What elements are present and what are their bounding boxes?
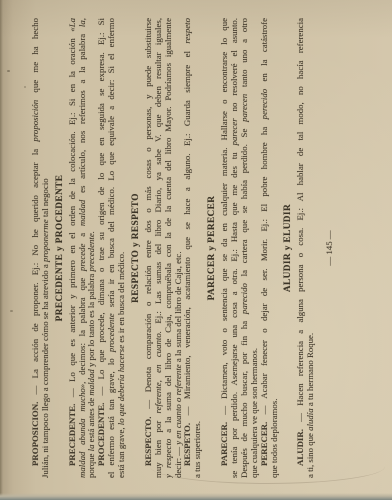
text-run: a ti, sino que [306,431,315,478]
text-run: — Dictamen, voto o sentencia que se da e… [220,18,229,422]
entry-word: PROCEDENTE. [97,403,106,466]
page-number: — 145 — [324,18,334,478]
book-page-scan: PROPOSICION. — La acción de proponer. Ej… [0,0,392,500]
italic-term: precede [78,244,87,272]
entry-heading: RESPECTO y RESPETO [131,18,142,478]
text-run: Después de mucho buscar, por fin ha [240,314,249,478]
italic-term: procedente [107,313,116,352]
text-run: — Acabar fenecer o dejar de ser. Morir. … [260,119,269,421]
entry-word: PARECER. [220,422,229,466]
text-line: PROCEDENTE. — Lo que procede, dimana o t… [97,18,107,478]
text-line: RESPETO. — Miramiento, veneración, acata… [183,18,193,478]
text-run: decir: — [174,445,183,478]
text-line: se tenía por perdido. Asemejarse una cos… [230,18,240,478]
entry-word: PERECER. [260,422,269,466]
text-line: Después de mucho buscar, por fin ha pare… [240,18,250,478]
text-line: que cualquiera ve que son hermanos. [250,18,260,478]
italic-term: la, [78,18,87,27]
text-run: a la suma del libro de Caja, etc. [174,251,183,364]
text-run: en la catástrofe [260,18,269,89]
text-run: está tan grave, [117,425,126,478]
entry-word: RESPETO. [183,423,192,466]
text-line: PRECEDENTE. — Lo que es anterior y prime… [68,18,78,478]
entry-heading: PRECEDENTE y PROCEDENTE [55,18,66,478]
italic-term: referente, en cuanto. [154,331,163,413]
text-line: que todos deploramos. [270,18,280,478]
text-run: que todos deploramos. [270,399,279,478]
italic-term: y en cuanto o referente [174,364,183,444]
text-line: decir: — y en cuanto o referente a la su… [174,18,184,478]
page-bottom-edge [0,493,392,500]
italic-term: lo que debería hacerse [117,345,126,425]
text-run: a tus superiores. [193,421,202,478]
text-run: — Lo que procede, dimana o trae su orige… [97,18,106,403]
text-column: PROPOSICION. — La acción de proponer. Ej… [31,18,316,478]
text-run: Ej.: Las sumas del libro Diario, ya sabe… [154,18,163,331]
text-run: — Miramiento, veneración, acatamiento qu… [183,44,192,423]
text-line: RESPECTO. — Denota comparación o relació… [144,18,154,478]
text-run: tanto uno a otro [240,18,249,94]
entry-word: RESPECTO. [144,417,153,466]
entry-word: PRECEDENTE. [68,404,77,466]
text-run: la cartera que se había perdido. Se [240,122,249,283]
text-run: no resolveré el asunto. [230,18,239,118]
text-run: está antes de [87,396,96,445]
text-run: que cualquiera ve que son hermanos. [250,348,259,478]
italic-term: la [87,445,96,452]
text-line: a tus superiores. [193,18,203,478]
text-line: porque la está antes de maldad y por lo … [87,18,97,478]
text-line: muy bien por referente, en cuanto. Ej.: … [154,18,164,478]
text-run: a [78,226,87,243]
text-run: es ir en busca del médico. [117,252,126,345]
text-line: a ti, sino que aludía a tu hermano Roque… [306,18,316,478]
italic-term: parecer [230,118,239,145]
italic-term: aludía [306,408,315,430]
text-run: porque [87,451,96,478]
entry-heading: PARECER y PERECER [207,18,218,478]
entry-heading: ALUDIR y ELUDIR [283,18,294,478]
text-run: Julián, ni tampoco llego a comprender có… [41,262,50,478]
text-run: es artículo, nos referimos a la palabra [78,27,87,200]
italic-term: precedente. [87,231,96,271]
text-run: tal negocio [41,178,50,219]
text-line: PERECER. — Acabar fenecer o dejar de ser… [260,18,270,478]
italic-term: parecen [240,94,249,122]
text-line: está tan grave, lo que debería hacerse e… [117,18,127,478]
text-run: decimos: la palabra que [78,271,87,382]
text-run: el enfermo está tan grave, lo [107,352,116,478]
text-line: el enfermo está tan grave, lo procedente… [107,18,117,478]
text-run: muy bien por [154,413,163,478]
italic-term: «La [68,18,77,32]
italic-term: proposición [31,100,40,142]
text-run: sería ir en busca del médico. Lo que equ… [107,18,116,313]
text-run: a tu hermano Roque. [306,333,315,409]
text-run: — Lo que es anterior y primero en el ord… [68,32,77,404]
italic-term: parecido [240,283,249,314]
text-line: y respecto a la suma del libro de Caja, … [164,18,174,478]
italic-term: y respecto [164,439,173,478]
text-line: ALUDIR. — Hacen referencia a alguna pers… [296,18,306,478]
entry-word: PROPOSICION. [31,402,40,466]
text-line: PARECER. — Dictamen, voto o sentencia qu… [220,18,230,478]
text-line: Julián, ni tampoco llego a comprender có… [41,18,51,478]
italic-term: respeto [183,18,192,44]
italic-term: maldad abunda mucho», [78,382,87,478]
italic-term: proponerme [41,219,50,262]
italic-term: perecido [260,89,269,119]
rotated-page: PROPOSICION. — La acción de proponer. Ej… [0,0,392,500]
text-run: — La acción de proponer. Ej.: No he quer… [31,142,40,402]
text-run: — Hacen referencia a alguna persona o co… [296,18,305,429]
text-run: se tenía por perdido. Asemejarse una cos… [230,145,239,478]
entry-word: ALUDIR. [296,429,305,466]
italic-term: maldad [87,369,96,395]
text-line: PROPOSICION. — La acción de proponer. Ej… [31,18,41,478]
text-run: y por lo tanto es la palabra [87,272,96,370]
text-run: — Denota comparación o relación entre do… [144,18,153,417]
text-line: maldad abunda mucho», decimos: la palabr… [78,18,88,478]
text-run: que me ha hecho [31,18,40,100]
page-body: PROPOSICION. — La acción de proponer. Ej… [0,0,334,500]
italic-term: maldad [78,200,87,226]
text-run: a la suma del libro de Caja, compruébala… [164,18,173,439]
